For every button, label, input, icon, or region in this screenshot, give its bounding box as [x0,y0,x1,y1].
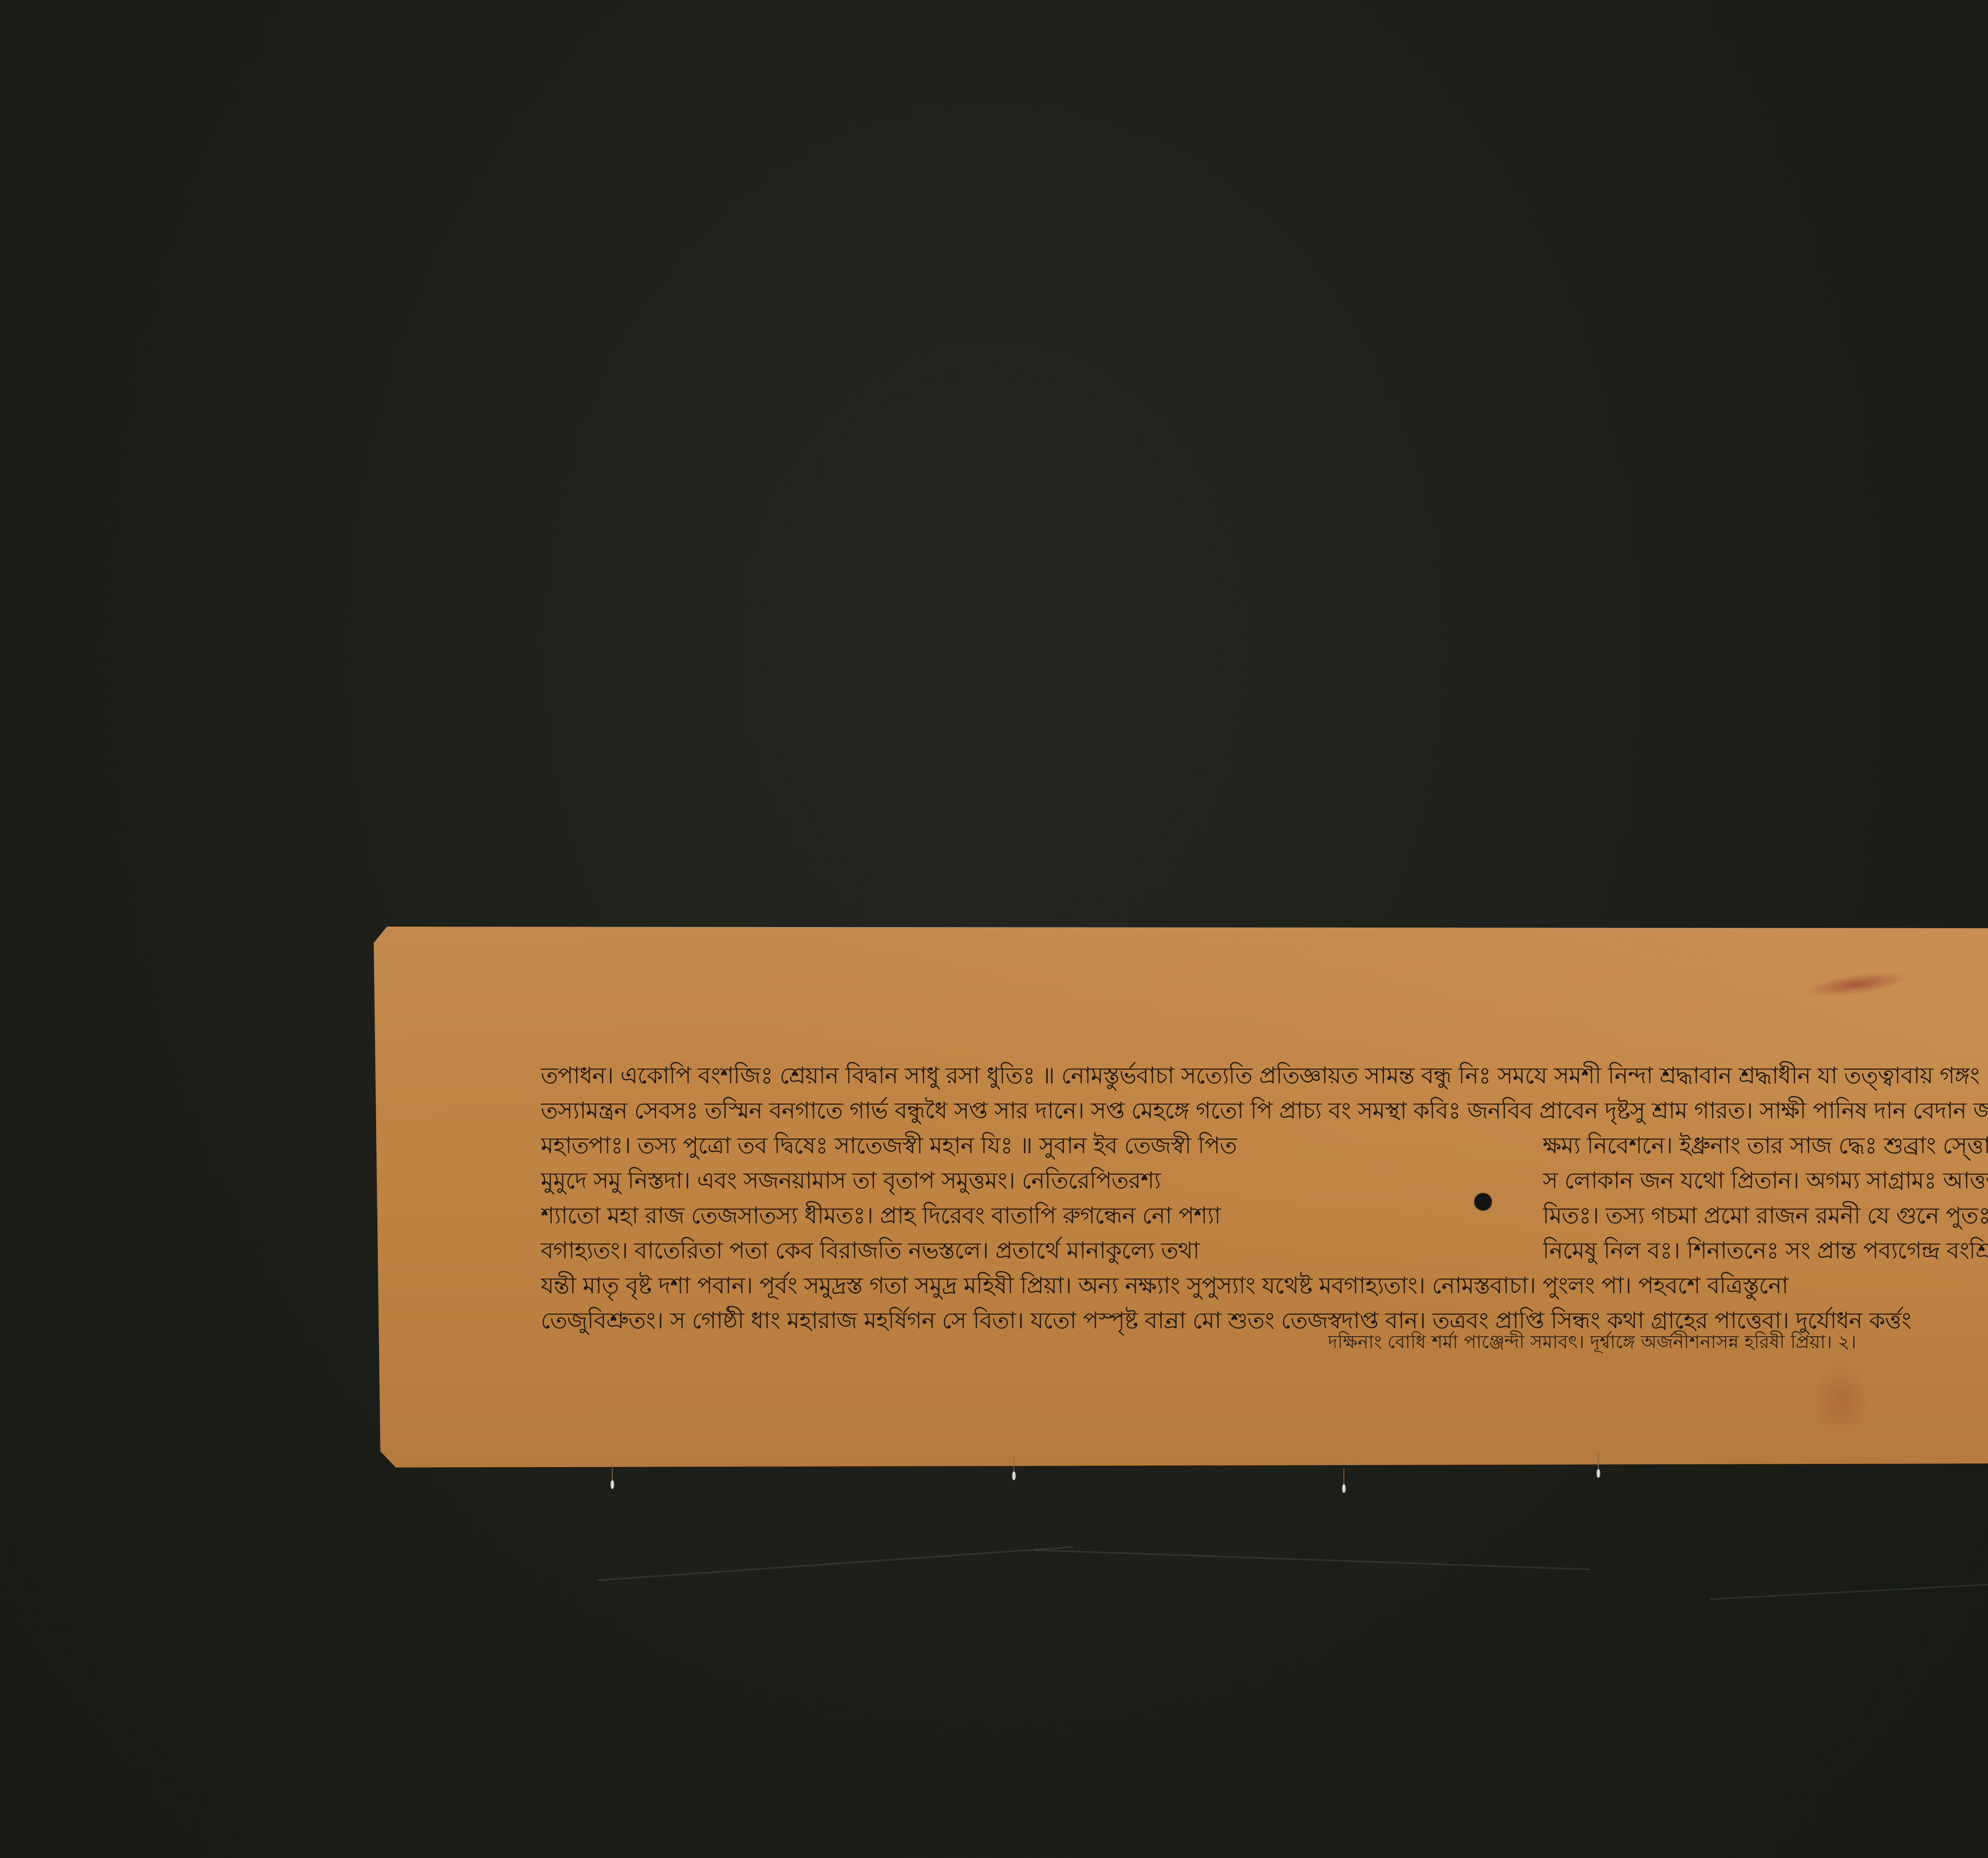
board-crease [597,1546,1073,1581]
text-line: নিমেষু নিল বঃ। শিনাতনেঃ সং প্রান্ত পব্যগ… [1543,1233,1988,1268]
display-pin [1342,1484,1346,1493]
binding-hole [1474,1193,1492,1211]
text-line: তস্যামন্ত্রন সেবসঃ তস্মিন বনগাতে গার্ভ ব… [541,1093,1988,1128]
text-right-block: ক্ষম্য নিবেশনে। ইধ্রুনাং তার সাজ দ্ধেঃ শ… [1543,1128,1988,1268]
board-crease [1710,1567,1988,1600]
manuscript-leaf: তপাধন। একোপি বংশজিঃ শ্রেয়ান বিদ্বান সাধ… [374,927,1988,1467]
colophon-line: দক্ষিনাং বোধি শর্মা পাঞ্জেন্দী সমাবৎ। দূ… [1328,1328,1856,1359]
display-pin [1012,1471,1016,1480]
board-crease [1034,1549,1590,1570]
text-line: স লোকান জন যথো প্রিতান। অগম্য সাগ্রামঃ আ… [1543,1163,1988,1198]
text-line: মুমুদে সমু নিস্তদা। এবং সজনয়ামাস তা বৃত… [541,1163,1471,1198]
red-stain [1804,967,1909,1001]
text-line: ক্ষম্য নিবেশনে। ইধ্রুনাং তার সাজ দ্ধেঃ শ… [1543,1128,1988,1163]
text-line: শ্যাতো মহা রাজ তেজসাতস্য ধীমতঃ। প্রাহ দি… [541,1198,1471,1233]
text-line: মহাতপাঃ। তস্য পুত্রো তব দ্বিষেঃ সাতেজস্ব… [541,1128,1471,1163]
faded-stain [1813,1364,1869,1436]
display-pin [1596,1469,1600,1478]
display-pin [610,1480,614,1489]
text-line: মিতঃ। তস্য গচমা প্রমো রাজন রমনী যে গুনে … [1543,1198,1988,1233]
text-top-lines: তপাধন। একোপি বংশজিঃ শ্রেয়ান বিদ্বান সাধ… [541,1058,1988,1128]
text-bottom-lines: যন্তী মাতৃ বৃষ্ট দশা পবান। পূর্বং সমুদ্র… [541,1268,1988,1338]
text-left-block: মহাতপাঃ। তস্য পুত্রো তব দ্বিষেঃ সাতেজস্ব… [541,1128,1471,1268]
text-line: বগাহ্যতং। বাতেরিতা পতা কেব বিরাজতি নভস্ত… [541,1233,1471,1268]
text-line: যন্তী মাতৃ বৃষ্ট দশা পবান। পূর্বং সমুদ্র… [541,1268,1988,1303]
text-line: তপাধন। একোপি বংশজিঃ শ্রেয়ান বিদ্বান সাধ… [541,1058,1988,1093]
